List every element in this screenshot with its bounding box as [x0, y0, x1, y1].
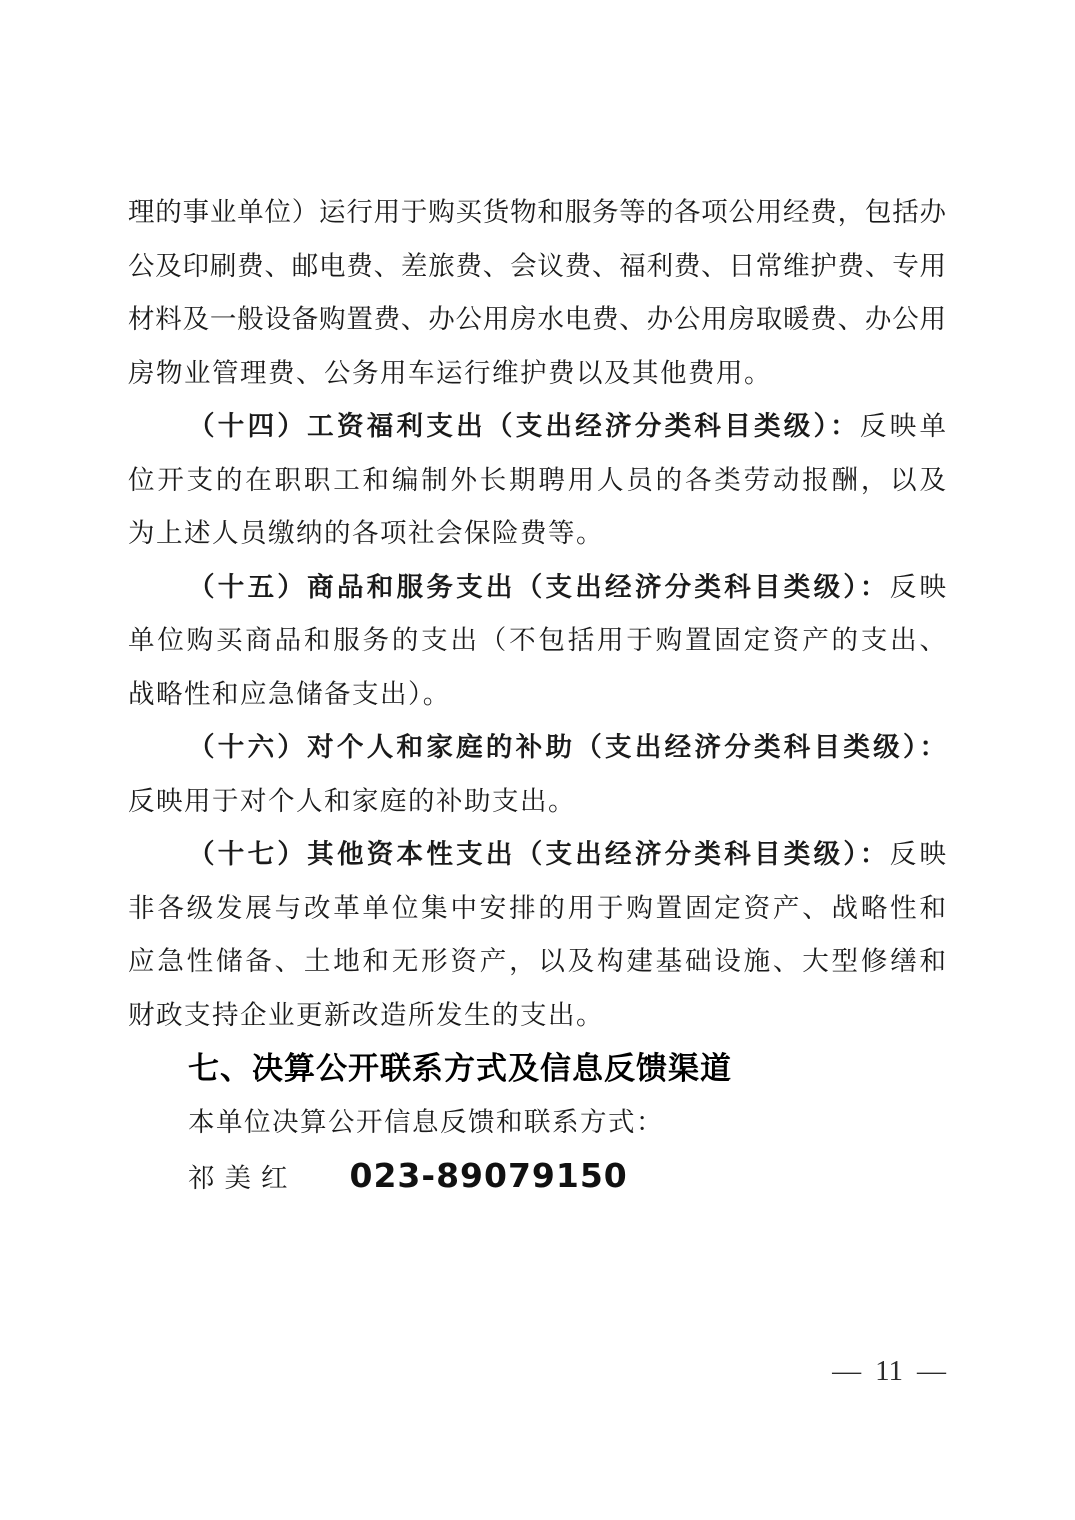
continuation-line-4: 房物业管理费、公务用车运行维护费以及其他费用。 — [128, 347, 946, 401]
item-16-last-line: 反映用于对个人和家庭的补助支出。 — [128, 775, 946, 829]
item-16-lead: （十六）对个人和家庭的补助（支出经济分类科目类级）： — [188, 732, 946, 762]
item-16-first-line: （十六）对个人和家庭的补助（支出经济分类科目类级）： — [128, 721, 946, 775]
item-17-line-2: 非各级发展与改革单位集中安排的用于购置固定资产、战略性和 — [128, 882, 946, 936]
item-14-first-line: （十四）工资福利支出（支出经济分类科目类级）：反映单 — [128, 400, 946, 454]
item-15-first-line-rest: 反映 — [890, 572, 946, 602]
item-14-last-line: 为上述人员缴纳的各项社会保险费等。 — [128, 507, 946, 561]
item-14-first-line-rest: 反映单 — [860, 411, 946, 441]
item-15-lead: （十五）商品和服务支出（支出经济分类科目类级）： — [188, 572, 890, 602]
item-17-first-line-rest: 反映 — [890, 839, 946, 869]
item-17-first-line: （十七）其他资本性支出（支出经济分类科目类级）：反映 — [128, 828, 946, 882]
item-15-last-line: 战略性和应急储备支出）。 — [128, 668, 946, 722]
page-number-dash-right: — — [917, 1355, 946, 1387]
contact-name: 祁美红 — [188, 1163, 298, 1193]
page-number: 11 — [875, 1355, 903, 1387]
page-footer: —11— — [832, 1355, 946, 1388]
continuation-line-1: 理的事业单位）运行用于购买货物和服务等的各项公用经费，包括办 — [128, 186, 946, 240]
section-heading: 七、决算公开联系方式及信息反馈渠道 — [128, 1042, 946, 1096]
item-17-lead: （十七）其他资本性支出（支出经济分类科目类级）： — [188, 839, 890, 869]
contact-intro: 本单位决算公开信息反馈和联系方式： — [128, 1096, 946, 1150]
item-14-line-2: 位开支的在职职工和编制外长期聘用人员的各类劳动报酬，以及 — [128, 454, 946, 508]
item-17-last-line: 财政支持企业更新改造所发生的支出。 — [128, 989, 946, 1043]
contact-phone: 023-89079150 — [350, 1156, 628, 1195]
item-15-line-2: 单位购买商品和服务的支出（不包括用于购置固定资产的支出、 — [128, 614, 946, 668]
continuation-line-2: 公及印刷费、邮电费、差旅费、会议费、福利费、日常维护费、专用 — [128, 240, 946, 294]
continuation-line-3: 材料及一般设备购置费、办公用房水电费、办公用房取暖费、办公用 — [128, 293, 946, 347]
page-number-dash-left: — — [832, 1355, 861, 1387]
item-15-first-line: （十五）商品和服务支出（支出经济分类科目类级）：反映 — [128, 561, 946, 615]
item-14-lead: （十四）工资福利支出（支出经济分类科目类级）： — [188, 411, 860, 441]
document-page: 理的事业单位）运行用于购买货物和服务等的各项公用经费，包括办 公及印刷费、邮电费… — [0, 0, 1075, 1520]
item-17-line-3: 应急性储备、土地和无形资产，以及构建基础设施、大型修缮和 — [128, 935, 946, 989]
document-content: 理的事业单位）运行用于购买货物和服务等的各项公用经费，包括办 公及印刷费、邮电费… — [128, 186, 946, 1203]
contact-line: 祁美红023-89079150 — [128, 1149, 946, 1203]
